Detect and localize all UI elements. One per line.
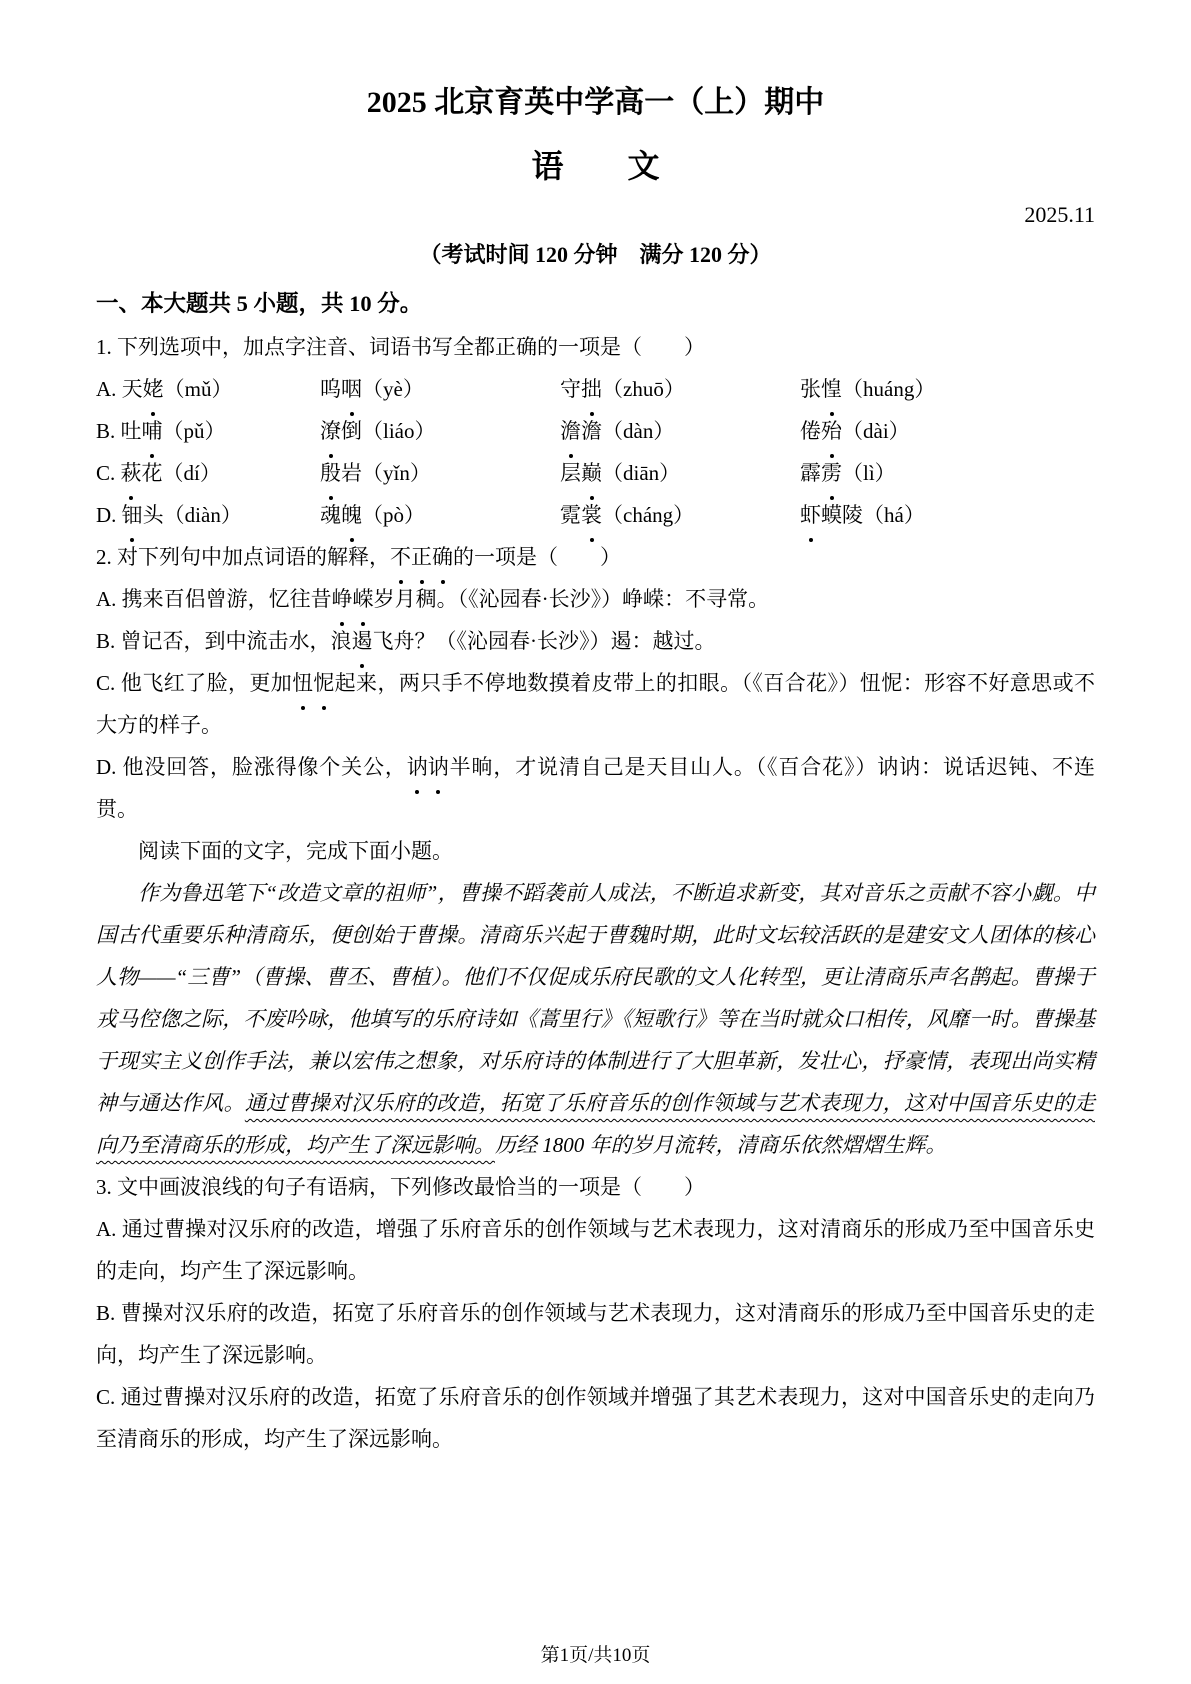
text-run: 蟆陵（há）: [821, 503, 925, 527]
text-run: 2. 对下列句中加点词语的解释，: [96, 545, 390, 569]
text-run: 头（diàn）: [143, 503, 242, 527]
text-run: 的一项是（ ）: [453, 545, 621, 569]
text-run: （huáng）: [842, 377, 935, 401]
q1-option-a-word-3: 守拙（zhuō）: [560, 368, 800, 410]
emphasized-char: 确: [432, 536, 453, 578]
emphasized-char: 殷: [320, 452, 341, 494]
text-run: （cháng）: [602, 503, 694, 527]
emphasized-char: 忸: [292, 662, 313, 704]
text-run: D. 他没回答，脸涨得像个关公，: [96, 755, 407, 779]
emphasized-char: 惶: [821, 368, 842, 410]
text-run: 层: [560, 461, 581, 485]
q3-option-a: A. 通过曹操对汉乐府的改造，增强了乐府音乐的创作领域与艺术表现力，这对清商乐的…: [96, 1208, 1095, 1292]
q1-option-c-word-4: 霹雳（lì）: [800, 452, 1095, 494]
exam-page: 2025 北京育英中学高一（上）期中 语 文 2025.11 （考试时间 120…: [0, 0, 1191, 1684]
emphasized-char: 怩: [313, 662, 334, 704]
q1-option-a-word-1: A. 天姥（mǔ）: [96, 368, 320, 410]
q1-option-d-word-1: D. 钿头（diàn）: [96, 494, 320, 536]
q3-option-c: C. 通过曹操对汉乐府的改造，拓宽了乐府音乐的创作领域并增强了其艺术表现力，这对…: [96, 1376, 1095, 1460]
text-run: 一、本大题共 5 小题，共 10 分。: [96, 291, 422, 316]
text-run: 霹: [800, 461, 821, 485]
text-run: A. 携来百侣曾游，忆往昔: [96, 587, 332, 611]
q1-option-b-word-4: 倦殆（dài）: [800, 410, 1095, 452]
reading-passage: 作为鲁迅笔下“改造文章的祖师”，曹操不蹈袭前人成法，不断追求新变，其对音乐之贡献…: [96, 872, 1095, 1166]
emphasized-char: 遏: [352, 620, 373, 662]
text-run: 阅读下面的文字，完成下面小题。: [138, 839, 453, 863]
q2-option-a: A. 携来百侣曾游，忆往昔峥嵘岁月稠。（《沁园春·长沙》）峥嵘：不寻常。: [96, 578, 1095, 620]
exam-date: 2025.11: [96, 200, 1095, 230]
text-run: 守: [560, 377, 581, 401]
emphasized-char: 澹: [560, 410, 581, 452]
emphasized-char: 裳: [581, 494, 602, 536]
section-1-heading: 一、本大题共 5 小题，共 10 分。: [96, 282, 1095, 326]
text-run: 霓: [560, 503, 581, 527]
q2-stem: 2. 对下列句中加点词语的解释，不正确的一项是（ ）: [96, 536, 1095, 578]
text-run: 呜: [320, 377, 341, 401]
emphasized-char: 不: [390, 536, 411, 578]
text-run: C. 他飞红了脸，更加: [96, 671, 292, 695]
emphasized-char: 哺: [142, 410, 163, 452]
text-run: 岁月稠。（《沁园春·长沙》）峥嵘：不寻常。: [374, 587, 770, 611]
text-run: 1. 下列选项中，加点字注音、词语书写全都正确的一项是（ ）: [96, 335, 705, 359]
q1-option-b-word-1: B. 吐哺（pǔ）: [96, 410, 320, 452]
emphasized-char: 讷: [407, 746, 428, 788]
text-run: B. 曾记否，到中流击水，浪: [96, 629, 352, 653]
page-number-footer: 第1页/共10页: [0, 1644, 1191, 1668]
emphasized-char: 殆: [821, 410, 842, 452]
q1-option-a: A. 天姥（mǔ）呜咽（yè）守拙（zhuō）张惶（huáng）: [96, 368, 1095, 410]
q1-option-b-word-3: 澹澹（dàn）: [560, 410, 800, 452]
text-run: 魂: [320, 503, 341, 527]
text-run: 岩（yǐn）: [341, 461, 431, 485]
emphasized-char: 姥: [143, 368, 164, 410]
q2-option-d: D. 他没回答，脸涨得像个关公，讷讷半晌，才说清自己是天目山人。（《百合花》）讷…: [96, 746, 1095, 830]
emphasized-char: 讷: [428, 746, 449, 788]
emphasized-char: 钿: [122, 494, 143, 536]
text-run: （pǔ）: [163, 419, 226, 443]
text-run: 3. 文中画波浪线的句子有语病，下列修改最恰当的一项是（ ）: [96, 1175, 705, 1199]
text-run: 飞舟？（《沁园春·长沙》）遏：越过。: [373, 629, 716, 653]
q2-option-c: C. 他飞红了脸，更加忸怩起来，两只手不停地数摸着皮带上的扣眼。（《百合花》）忸…: [96, 662, 1095, 746]
text-run: （pò）: [362, 503, 425, 527]
emphasized-char: 萩: [121, 452, 142, 494]
q1-option-b-word-2: 潦倒（liáo）: [320, 410, 560, 452]
emphasized-char: 雳: [821, 452, 842, 494]
emphasized-char: 峥: [332, 578, 353, 620]
exam-body: 一、本大题共 5 小题，共 10 分。1. 下列选项中，加点字注音、词语书写全都…: [96, 282, 1095, 1460]
text-run: （lì）: [842, 461, 896, 485]
text-run: 作为鲁迅笔下“改造文章的祖师”，曹操不蹈袭前人成法，不断追求新变，其对音乐之贡献…: [96, 881, 1095, 1115]
text-run: 历经 1800 年的岁月流转，清商乐依然熠熠生辉。: [495, 1133, 947, 1157]
text-run: 澹（dàn）: [581, 419, 674, 443]
text-run: 张: [800, 377, 821, 401]
q1-option-d-word-3: 霓裳（cháng）: [560, 494, 800, 536]
text-run: （yè）: [362, 377, 424, 401]
text-run: B. 曹操对汉乐府的改造，拓宽了乐府音乐的创作领域与艺术表现力，这对清商乐的形成…: [96, 1301, 1095, 1367]
q1-option-c-word-3: 层巅（diān）: [560, 452, 800, 494]
emphasized-char: 魄: [341, 494, 362, 536]
text-run: （mǔ）: [164, 377, 233, 401]
q3-option-b: B. 曹操对汉乐府的改造，拓宽了乐府音乐的创作领域与艺术表现力，这对清商乐的形成…: [96, 1292, 1095, 1376]
emphasized-char: 正: [411, 536, 432, 578]
text-run: （diān）: [602, 461, 680, 485]
text-run: D.: [96, 503, 122, 527]
q2-option-b: B. 曾记否，到中流击水，浪遏飞舟？（《沁园春·长沙》）遏：越过。: [96, 620, 1095, 662]
emphasized-char: 咽: [341, 368, 362, 410]
exam-time-score-info: （考试时间 120 分钟 满分 120 分）: [96, 238, 1095, 272]
q1-option-d-word-4: 虾蟆陵（há）: [800, 494, 1095, 536]
text-run: 花（dí）: [142, 461, 221, 485]
text-run: B. 吐: [96, 419, 142, 443]
emphasized-char: 巅: [581, 452, 602, 494]
q1-option-a-word-4: 张惶（huáng）: [800, 368, 1095, 410]
text-run: A. 通过曹操对汉乐府的改造，增强了乐府音乐的创作领域与艺术表现力，这对清商乐的…: [96, 1217, 1095, 1283]
text-run: 倦: [800, 419, 821, 443]
exam-subject: 语 文: [96, 146, 1095, 186]
q1-option-d-word-2: 魂魄（pò）: [320, 494, 560, 536]
emphasized-char: 潦: [320, 410, 341, 452]
q1-option-b: B. 吐哺（pǔ）潦倒（liáo）澹澹（dàn）倦殆（dài）: [96, 410, 1095, 452]
text-run: （zhuō）: [602, 377, 685, 401]
text-run: C. 通过曹操对汉乐府的改造，拓宽了乐府音乐的创作领域并增强了其艺术表现力，这对…: [96, 1385, 1095, 1451]
text-run: （dài）: [842, 419, 910, 443]
text-run: A. 天: [96, 377, 143, 401]
emphasized-char: 嵘: [353, 578, 374, 620]
q1-option-d: D. 钿头（diàn）魂魄（pò）霓裳（cháng）虾蟆陵（há）: [96, 494, 1095, 536]
q3-stem: 3. 文中画波浪线的句子有语病，下列修改最恰当的一项是（ ）: [96, 1166, 1095, 1208]
reading-intro: 阅读下面的文字，完成下面小题。: [96, 830, 1095, 872]
q1-option-c-word-1: C. 萩花（dí）: [96, 452, 320, 494]
emphasized-char: 虾: [800, 494, 821, 536]
text-run: 倒（liáo）: [341, 419, 436, 443]
q1-option-c-word-2: 殷岩（yǐn）: [320, 452, 560, 494]
text-run: C.: [96, 461, 121, 485]
exam-title: 2025 北京育英中学高一（上）期中: [96, 84, 1095, 122]
q1-stem: 1. 下列选项中，加点字注音、词语书写全都正确的一项是（ ）: [96, 326, 1095, 368]
emphasized-char: 拙: [581, 368, 602, 410]
q1-option-c: C. 萩花（dí）殷岩（yǐn）层巅（diān）霹雳（lì）: [96, 452, 1095, 494]
q1-option-a-word-2: 呜咽（yè）: [320, 368, 560, 410]
